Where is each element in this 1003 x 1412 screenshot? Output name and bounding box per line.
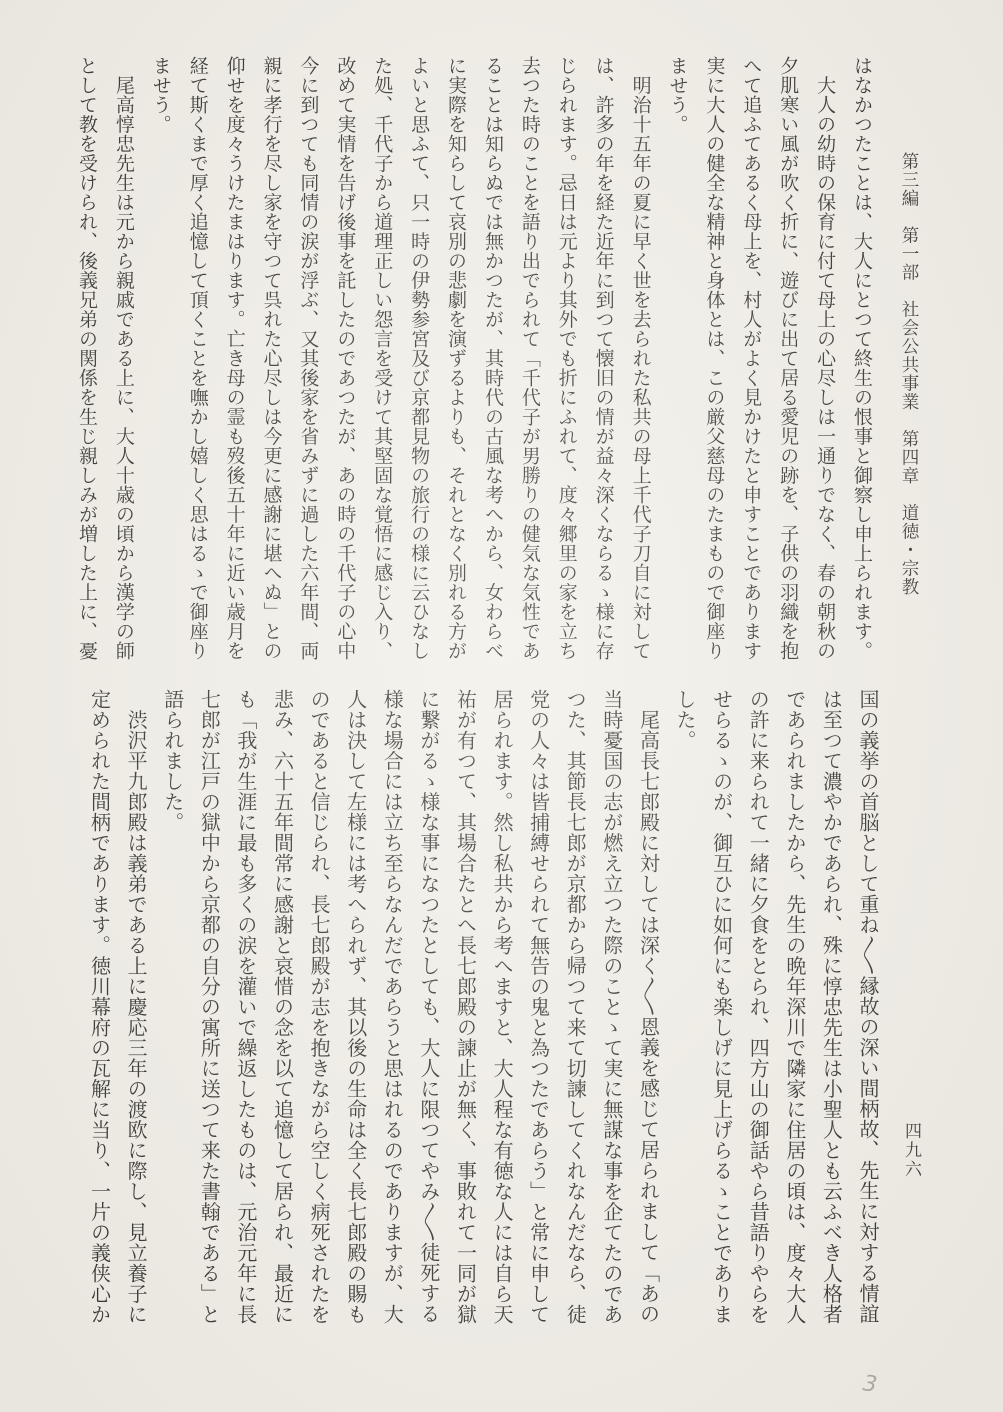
text-line: ませう。	[658, 56, 695, 676]
text-line: 去つた時のことを語り出でられて「千代子が男勝りの健気な気性であ	[510, 56, 547, 676]
text-line: の許に来られて一緒に夕食をとられ、四方山の御話やら昔語りやらを	[739, 689, 776, 1330]
text-line: はなかつたことは、大人にとつて終生の恨事と御察し申上られます。	[842, 56, 879, 676]
text-line: も「我が生涯に最も多くの涙を灌いで繰返したものは、元治元年に長	[226, 689, 263, 1330]
page-number: 四九六	[899, 1122, 924, 1212]
chapter-header: 第三編 第一部 社会公共事業 第四章 道徳・宗教	[898, 152, 923, 612]
text-line: 夕肌寒い風が吹く折に、遊びに出て居る愛児の跡を、子供の羽織を抱	[768, 56, 805, 676]
text-line: ることは知らぬでは無かつたが、其時代の古風な考へから、女わらべ	[473, 56, 510, 676]
text-line: 明治十五年の夏に早く世を去られた私共の母上千代子刀自に対して	[621, 56, 658, 676]
text-line: 国の義挙の首脳として重ね〱縁故の深い間柄故、先生に対する情誼	[848, 689, 885, 1330]
text-line: 悲み、六十五年間常に感謝と哀惜の念を以て追憶して居られ、最近に	[263, 689, 300, 1330]
text-line: 祐が有つて、其場合たとへ長七郎殿の諫止が無く、事敗れて一同が獄	[446, 689, 483, 1330]
text-line: 語られました。	[153, 689, 190, 1330]
text-line: 様な場合には立ち至らなんだであらうと思はれるのでありますが、大	[373, 689, 410, 1330]
text-line: じられます。忌日は元より其外でも折にふれて、度々郷里の家を立ち	[547, 56, 584, 676]
text-line: へて追ふてあるく母上を、村人がよく見かけたと申すことであります	[731, 56, 768, 676]
text-line: 尾高長七郎殿に対しては深く〱恩義を感じて居られまして「あの	[629, 689, 666, 1330]
text-line: 親に孝行を尽し家を守つて呉れた心尽しは今更に感謝に堪へぬ」との	[252, 56, 289, 676]
text-line: した。	[665, 689, 702, 1330]
text-line: 人は決して左様には考へられず、其以後の生命は全く長七郎殿の賜も	[336, 689, 373, 1330]
text-line: のであると信じられ、長七郎殿が志を抱きながら空しく病死されたを	[300, 689, 337, 1330]
text-line: 居られます。然し私共から考へますと、大人程な有徳な人には自ら天	[482, 689, 519, 1330]
text-line: つた、其節長七郎が京都から帰つて来て切諫してくれなんだなら、徒	[556, 689, 593, 1330]
text-line: に繋がるゝ様な事になつたとしても、大人に限つてやみ〱徒死する	[409, 689, 446, 1330]
text-line: 経て斯くまで厚く追憶して頂くことを嘸かし嬉しく思はるゝで御座り	[178, 56, 215, 676]
bottom-text-block: 国の義挙の首脳として重ね〱縁故の深い間柄故、先生に対する情誼は至つて濃やかであら…	[70, 689, 885, 1330]
top-text-block: はなかつたことは、大人にとつて終生の恨事と御察し申上られます。 大人の幼時の保育…	[65, 56, 879, 676]
text-line: 改めて実情を告げ後事を託したのであつたが、あの時の千代子の心中	[325, 56, 362, 676]
text-line: 党の人々は皆捕縛せられて無告の鬼と為つたであらう」と常に申して	[519, 689, 556, 1330]
text-line: に実際を知らして哀別の悲劇を演ずるよりも、それとなく別れる方が	[436, 56, 473, 676]
text-line: は至つて濃やかであられ、殊に惇忠先生は小聖人とも云ふべき人格者	[812, 689, 849, 1330]
text-line: 定められた間柄であります。徳川幕府の瓦解に当り、一片の義侠心か	[80, 689, 117, 1330]
text-line: 今に到つても同情の涙が浮ぶ、又其後家を省みずに過した六年間、両	[289, 56, 326, 676]
text-line: は、許多の年を経た近年に到つて懐旧の情が益々深くならるゝ様に存	[584, 56, 621, 676]
text-line: 実に大人の健全な精神と身体とは、この厳父慈母のたまもので御座り	[694, 56, 731, 676]
text-line: ませう。	[141, 56, 178, 676]
text-line: 七郎が江戸の獄中から京都の自分の寓所に送つて来た書翰である」と	[190, 689, 227, 1330]
handwritten-mark: 3	[861, 1371, 878, 1398]
text-line: 渋沢平九郎殿は義弟である上に慶応三年の渡欧に際し、見立養子に	[117, 689, 154, 1330]
text-line: せらるゝのが、御互ひに如何にも楽しげに見上げらるゝことでありま	[702, 689, 739, 1330]
text-line: よいと思ふて、只一時の伊勢参宮及び京都見物の旅行の様に云ひなし	[399, 56, 436, 676]
text-line: として教を受けられ、後義兄弟の関係を生じ親しみが増した上に、憂	[67, 56, 104, 676]
text-line: た処、千代子から道理正しい怨言を受けて其堅固な覚悟に感じ入り、	[362, 56, 399, 676]
book-page: 第三編 第一部 社会公共事業 第四章 道徳・宗教 はなかつたことは、大人にとつて…	[0, 0, 1003, 1412]
text-line: であられましたから、先生の晩年深川で隣家に住居の頃は、度々大人	[775, 689, 812, 1330]
text-line: 尾高惇忠先生は元から親戚である上に、大人十歳の頃から漢学の師	[104, 56, 141, 676]
text-line: 当時憂国の志が燃え立つた際のことゝて実に無謀な事を企てたのであ	[592, 689, 629, 1330]
text-line: 仰せを度々うけたまはります。亡き母の霊も歿後五十年に近い歳月を	[215, 56, 252, 676]
text-line: 大人の幼時の保育に付て母上の心尽しは一通りでなく、春の朝秋の	[805, 56, 842, 676]
